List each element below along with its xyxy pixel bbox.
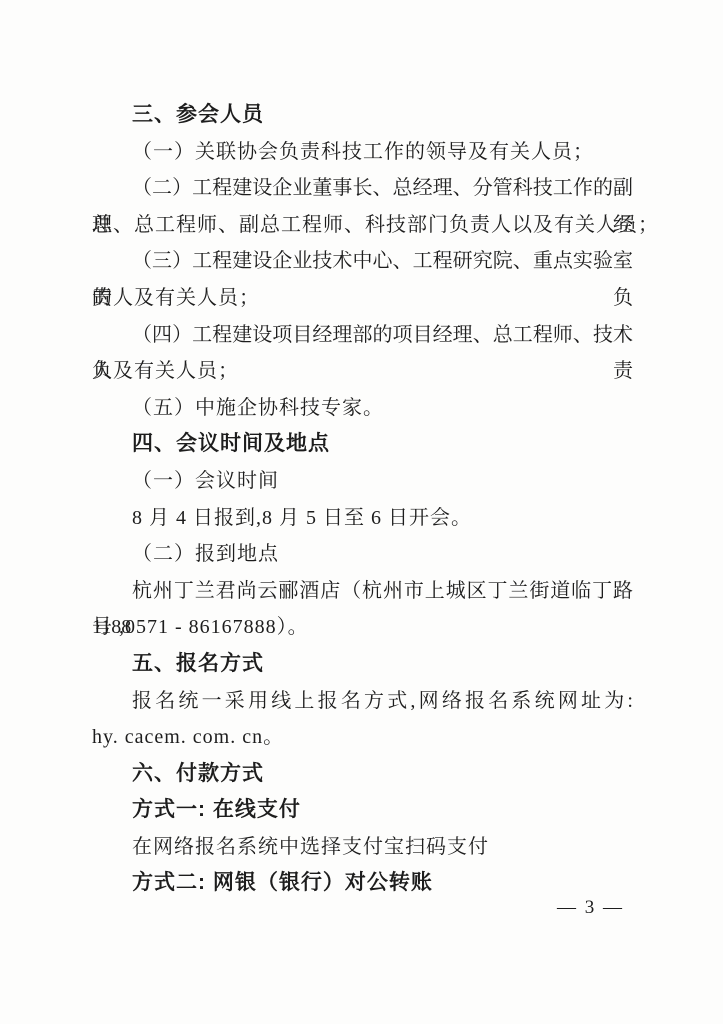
heading-time-location: 四、会议时间及地点 — [92, 426, 633, 463]
participants-item-1: （一）关联协会负责科技工作的领导及有关人员； — [92, 134, 633, 171]
checkin-location-label: （二）报到地点 — [92, 536, 633, 573]
payment-method-1-heading: 方式一: 在线支付 — [92, 792, 633, 829]
payment-method-1-detail: 在网络报名系统中选择支付宝扫码支付 — [92, 829, 633, 866]
meeting-time-label: （一）会议时间 — [92, 463, 633, 500]
participants-item-4-line-1: （四）工程建设项目经理部的项目经理、总工程师、技术负责 — [92, 317, 633, 354]
participants-item-2-line-2: 理、总工程师、副总工程师、科技部门负责人以及有关人员； — [92, 207, 633, 244]
heading-registration: 五、报名方式 — [92, 646, 633, 683]
payment-method-2-heading: 方式二: 网银（银行）对公转账 — [92, 865, 633, 902]
meeting-time-detail: 8 月 4 日报到,8 月 5 日至 6 日开会。 — [92, 500, 633, 537]
page-number: — 3 — — [557, 894, 624, 922]
document-body: 三、参会人员 （一）关联协会负责科技工作的领导及有关人员； （二）工程建设企业董… — [92, 97, 633, 902]
registration-url: hy. cacem. com. cn。 — [92, 719, 633, 756]
participants-item-2-line-1: （二）工程建设企业董事长、总经理、分管科技工作的副总经 — [92, 170, 633, 207]
participants-item-5: （五）中施企协科技专家。 — [92, 390, 633, 427]
heading-participants: 三、参会人员 — [92, 97, 633, 134]
checkin-location-line-1: 杭州丁兰君尚云郦酒店（杭州市上城区丁兰街道临丁路 1188 — [92, 573, 633, 610]
checkin-location-line-2: 号 ,0571 - 86167888）。 — [92, 609, 633, 646]
document-page: 三、参会人员 （一）关联协会负责科技工作的领导及有关人员； （二）工程建设企业董… — [0, 0, 723, 1024]
registration-method-line: 报名统一采用线上报名方式,网络报名系统网址为: — [92, 683, 633, 720]
participants-item-3-line-1: （三）工程建设企业技术中心、工程研究院、重点实验室的负 — [92, 243, 633, 280]
heading-payment: 六、付款方式 — [92, 756, 633, 793]
